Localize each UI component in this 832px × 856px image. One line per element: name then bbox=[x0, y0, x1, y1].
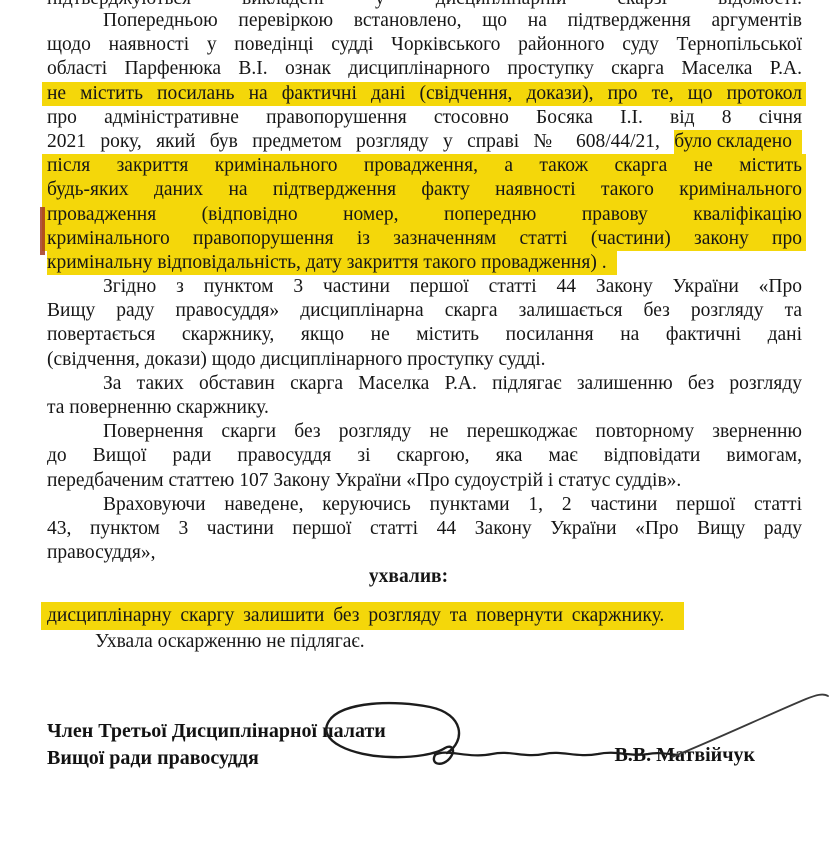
doc-text: Ухвала оскарженню не підлягає. bbox=[95, 631, 365, 652]
doc-text: ухвалив: bbox=[369, 566, 448, 587]
doc-line: кримінального правопорушення із зазначен… bbox=[42, 227, 806, 251]
doc-text: до Вищої ради правосуддя зі скаргою, яка… bbox=[47, 445, 802, 466]
doc-line: ухвалив: bbox=[31, 565, 786, 589]
doc-line: повертається скаржнику, якщо не містить … bbox=[47, 323, 802, 347]
doc-line: Враховуючи наведене, керуючись пунктами … bbox=[47, 493, 802, 517]
doc-line: За таких обставин скарга Маселка Р.А. пі… bbox=[47, 372, 802, 396]
doc-text: та поверненню скаржнику. bbox=[47, 397, 269, 418]
clipped-top-line-text: підтверджуються викладені у дисциплінарн… bbox=[47, 0, 802, 9]
doc-text: будь-яких даних на підтвердження факту н… bbox=[47, 179, 802, 200]
scan-artifact-mark bbox=[40, 207, 45, 255]
doc-text: 2021 року, який був предметом розгляду у… bbox=[47, 131, 674, 152]
doc-text: За таких обставин скарга Маселка Р.А. пі… bbox=[103, 373, 802, 394]
doc-line: до Вищої ради правосуддя зі скаргою, яка… bbox=[47, 444, 802, 468]
highlighted-text: було складено bbox=[674, 130, 802, 154]
doc-line: кримінальну відповідальність, дату закри… bbox=[47, 251, 802, 275]
doc-text: (свідчення, докази) щодо дисциплінарного… bbox=[47, 349, 546, 370]
signatory-name: В.В. Матвійчук bbox=[614, 744, 755, 767]
doc-text: правосуддя», bbox=[47, 542, 156, 563]
highlighted-text: кримінальну відповідальність, дату закри… bbox=[47, 251, 617, 275]
doc-line: про адміністративне правопорушення стосо… bbox=[47, 106, 802, 130]
highlighted-text: дисциплінарну скаргу залишити без розгля… bbox=[41, 602, 684, 630]
clipped-top-line: підтверджуються викладені у дисциплінарн… bbox=[47, 0, 802, 9]
doc-line: (свідчення, докази) щодо дисциплінарного… bbox=[47, 348, 802, 372]
doc-line: передбаченим статтею 107 Закону України … bbox=[47, 469, 802, 493]
doc-text: Згідно з пунктом 3 частини першої статті… bbox=[103, 276, 802, 297]
doc-line: дисциплінарну скаргу залишити без розгля… bbox=[47, 602, 802, 630]
doc-text: провадження (відповідно номер, попередню… bbox=[47, 204, 802, 225]
doc-text: кримінального правопорушення із зазначен… bbox=[47, 228, 802, 249]
doc-line: Ухвала оскарженню не підлягає. bbox=[47, 630, 802, 654]
doc-text: повертається скаржнику, якщо не містить … bbox=[47, 324, 802, 345]
doc-text: про адміністративне правопорушення стосо… bbox=[47, 107, 802, 128]
doc-line: Попередньою перевіркою встановлено, що н… bbox=[47, 9, 802, 33]
doc-line: провадження (відповідно номер, попередню… bbox=[42, 203, 806, 227]
doc-line: Згідно з пунктом 3 частини першої статті… bbox=[47, 275, 802, 299]
doc-line: та поверненню скаржнику. bbox=[47, 396, 802, 420]
doc-line: будь-яких даних на підтвердження факту н… bbox=[42, 178, 806, 202]
signatory-title-line2: Вищої ради правосуддя bbox=[47, 745, 386, 772]
doc-text: Враховуючи наведене, керуючись пунктами … bbox=[103, 494, 802, 515]
doc-text: області Парфенюка В.І. ознак дисциплінар… bbox=[47, 58, 802, 79]
doc-line: 2021 року, який був предметом розгляду у… bbox=[47, 130, 802, 154]
document-text: Попередньою перевіркою встановлено, що н… bbox=[47, 9, 802, 654]
doc-text: 43, пунктом 3 частини першої статті 44 З… bbox=[47, 518, 802, 539]
doc-text: щодо наявності у поведінці судді Чорківс… bbox=[47, 34, 802, 55]
doc-line: області Парфенюка В.І. ознак дисциплінар… bbox=[47, 57, 802, 81]
doc-text: після закриття кримінального провадження… bbox=[47, 155, 802, 176]
signatory-title: Член Третьої Дисциплінарної палати Вищої… bbox=[47, 718, 386, 772]
doc-line: Вищу раду правосуддя» дисциплінарна скар… bbox=[47, 299, 802, 323]
doc-line: Повернення скарги без розгляду не перешк… bbox=[47, 420, 802, 444]
document-body: підтверджуються викладені у дисциплінарн… bbox=[47, 0, 802, 654]
doc-line: правосуддя», bbox=[47, 541, 802, 565]
document-page: { "page": { "width": 832, "height": 856,… bbox=[0, 0, 832, 856]
doc-line: щодо наявності у поведінці судді Чорківс… bbox=[47, 33, 802, 57]
doc-line: не містить посилань на фактичні дані (св… bbox=[42, 82, 806, 106]
signatory-title-line1: Член Третьої Дисциплінарної палати bbox=[47, 718, 386, 745]
doc-text: Повернення скарги без розгляду не перешк… bbox=[103, 421, 802, 442]
doc-line: 43, пунктом 3 частини першої статті 44 З… bbox=[47, 517, 802, 541]
doc-text: не містить посилань на фактичні дані (св… bbox=[47, 83, 802, 104]
doc-text: передбаченим статтею 107 Закону України … bbox=[47, 470, 681, 491]
doc-text: Вищу раду правосуддя» дисциплінарна скар… bbox=[47, 300, 802, 321]
doc-text: Попередньою перевіркою встановлено, що н… bbox=[103, 10, 802, 31]
doc-line: після закриття кримінального провадження… bbox=[42, 154, 806, 178]
